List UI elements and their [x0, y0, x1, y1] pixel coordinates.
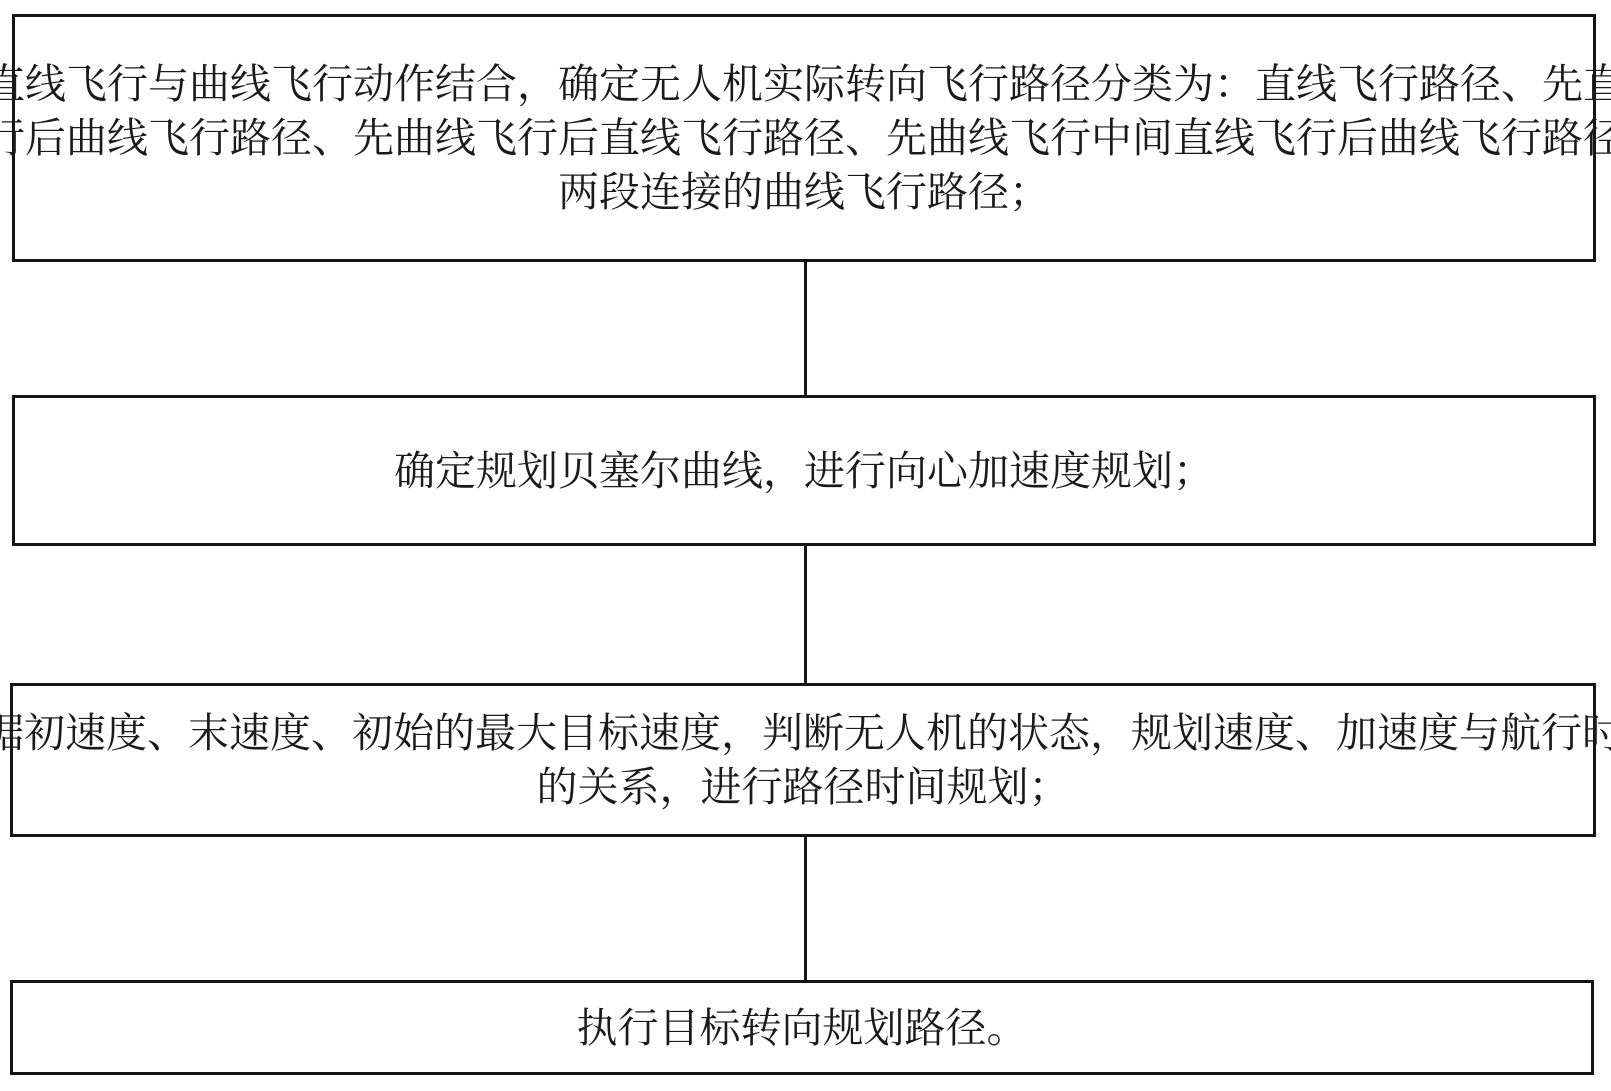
flow-step-1-box: 将直线飞行与曲线飞行动作结合，确定无人机实际转向飞行路径分类为：直线飞行路径、先… — [12, 14, 1596, 262]
flow-step-1-line-3: 两段连接的曲线飞行路径； — [558, 165, 1050, 219]
flow-step-1-line-1: 将直线飞行与曲线飞行动作结合，确定无人机实际转向飞行路径分类为：直线飞行路径、先… — [0, 57, 1611, 111]
flow-step-3-box: 根据初速度、末速度、初始的最大目标速度，判断无人机的状态，规划速度、加速度与航行… — [10, 683, 1596, 837]
flow-step-4-box: 执行目标转向规划路径。 — [10, 980, 1594, 1075]
connector-line-1 — [804, 262, 807, 395]
flow-step-3-line-2: 的关系，进行路径时间规划； — [537, 760, 1070, 814]
flow-step-1-line-2: 飞行后曲线飞行路径、先曲线飞行后直线飞行路径、先曲线飞行中间直线飞行后曲线飞行路… — [0, 111, 1611, 165]
flowchart-canvas: 将直线飞行与曲线飞行动作结合，确定无人机实际转向飞行路径分类为：直线飞行路径、先… — [0, 0, 1611, 1091]
flow-step-2-line-1: 确定规划贝塞尔曲线，进行向心加速度规划； — [394, 444, 1214, 498]
connector-line-3 — [804, 837, 807, 980]
flow-step-4-line-1: 执行目标转向规划路径。 — [577, 1001, 1028, 1055]
connector-line-2 — [804, 546, 807, 683]
flow-step-2-box: 确定规划贝塞尔曲线，进行向心加速度规划； — [12, 395, 1596, 546]
flow-step-3-line-1: 根据初速度、末速度、初始的最大目标速度，判断无人机的状态，规划速度、加速度与航行… — [0, 706, 1611, 760]
